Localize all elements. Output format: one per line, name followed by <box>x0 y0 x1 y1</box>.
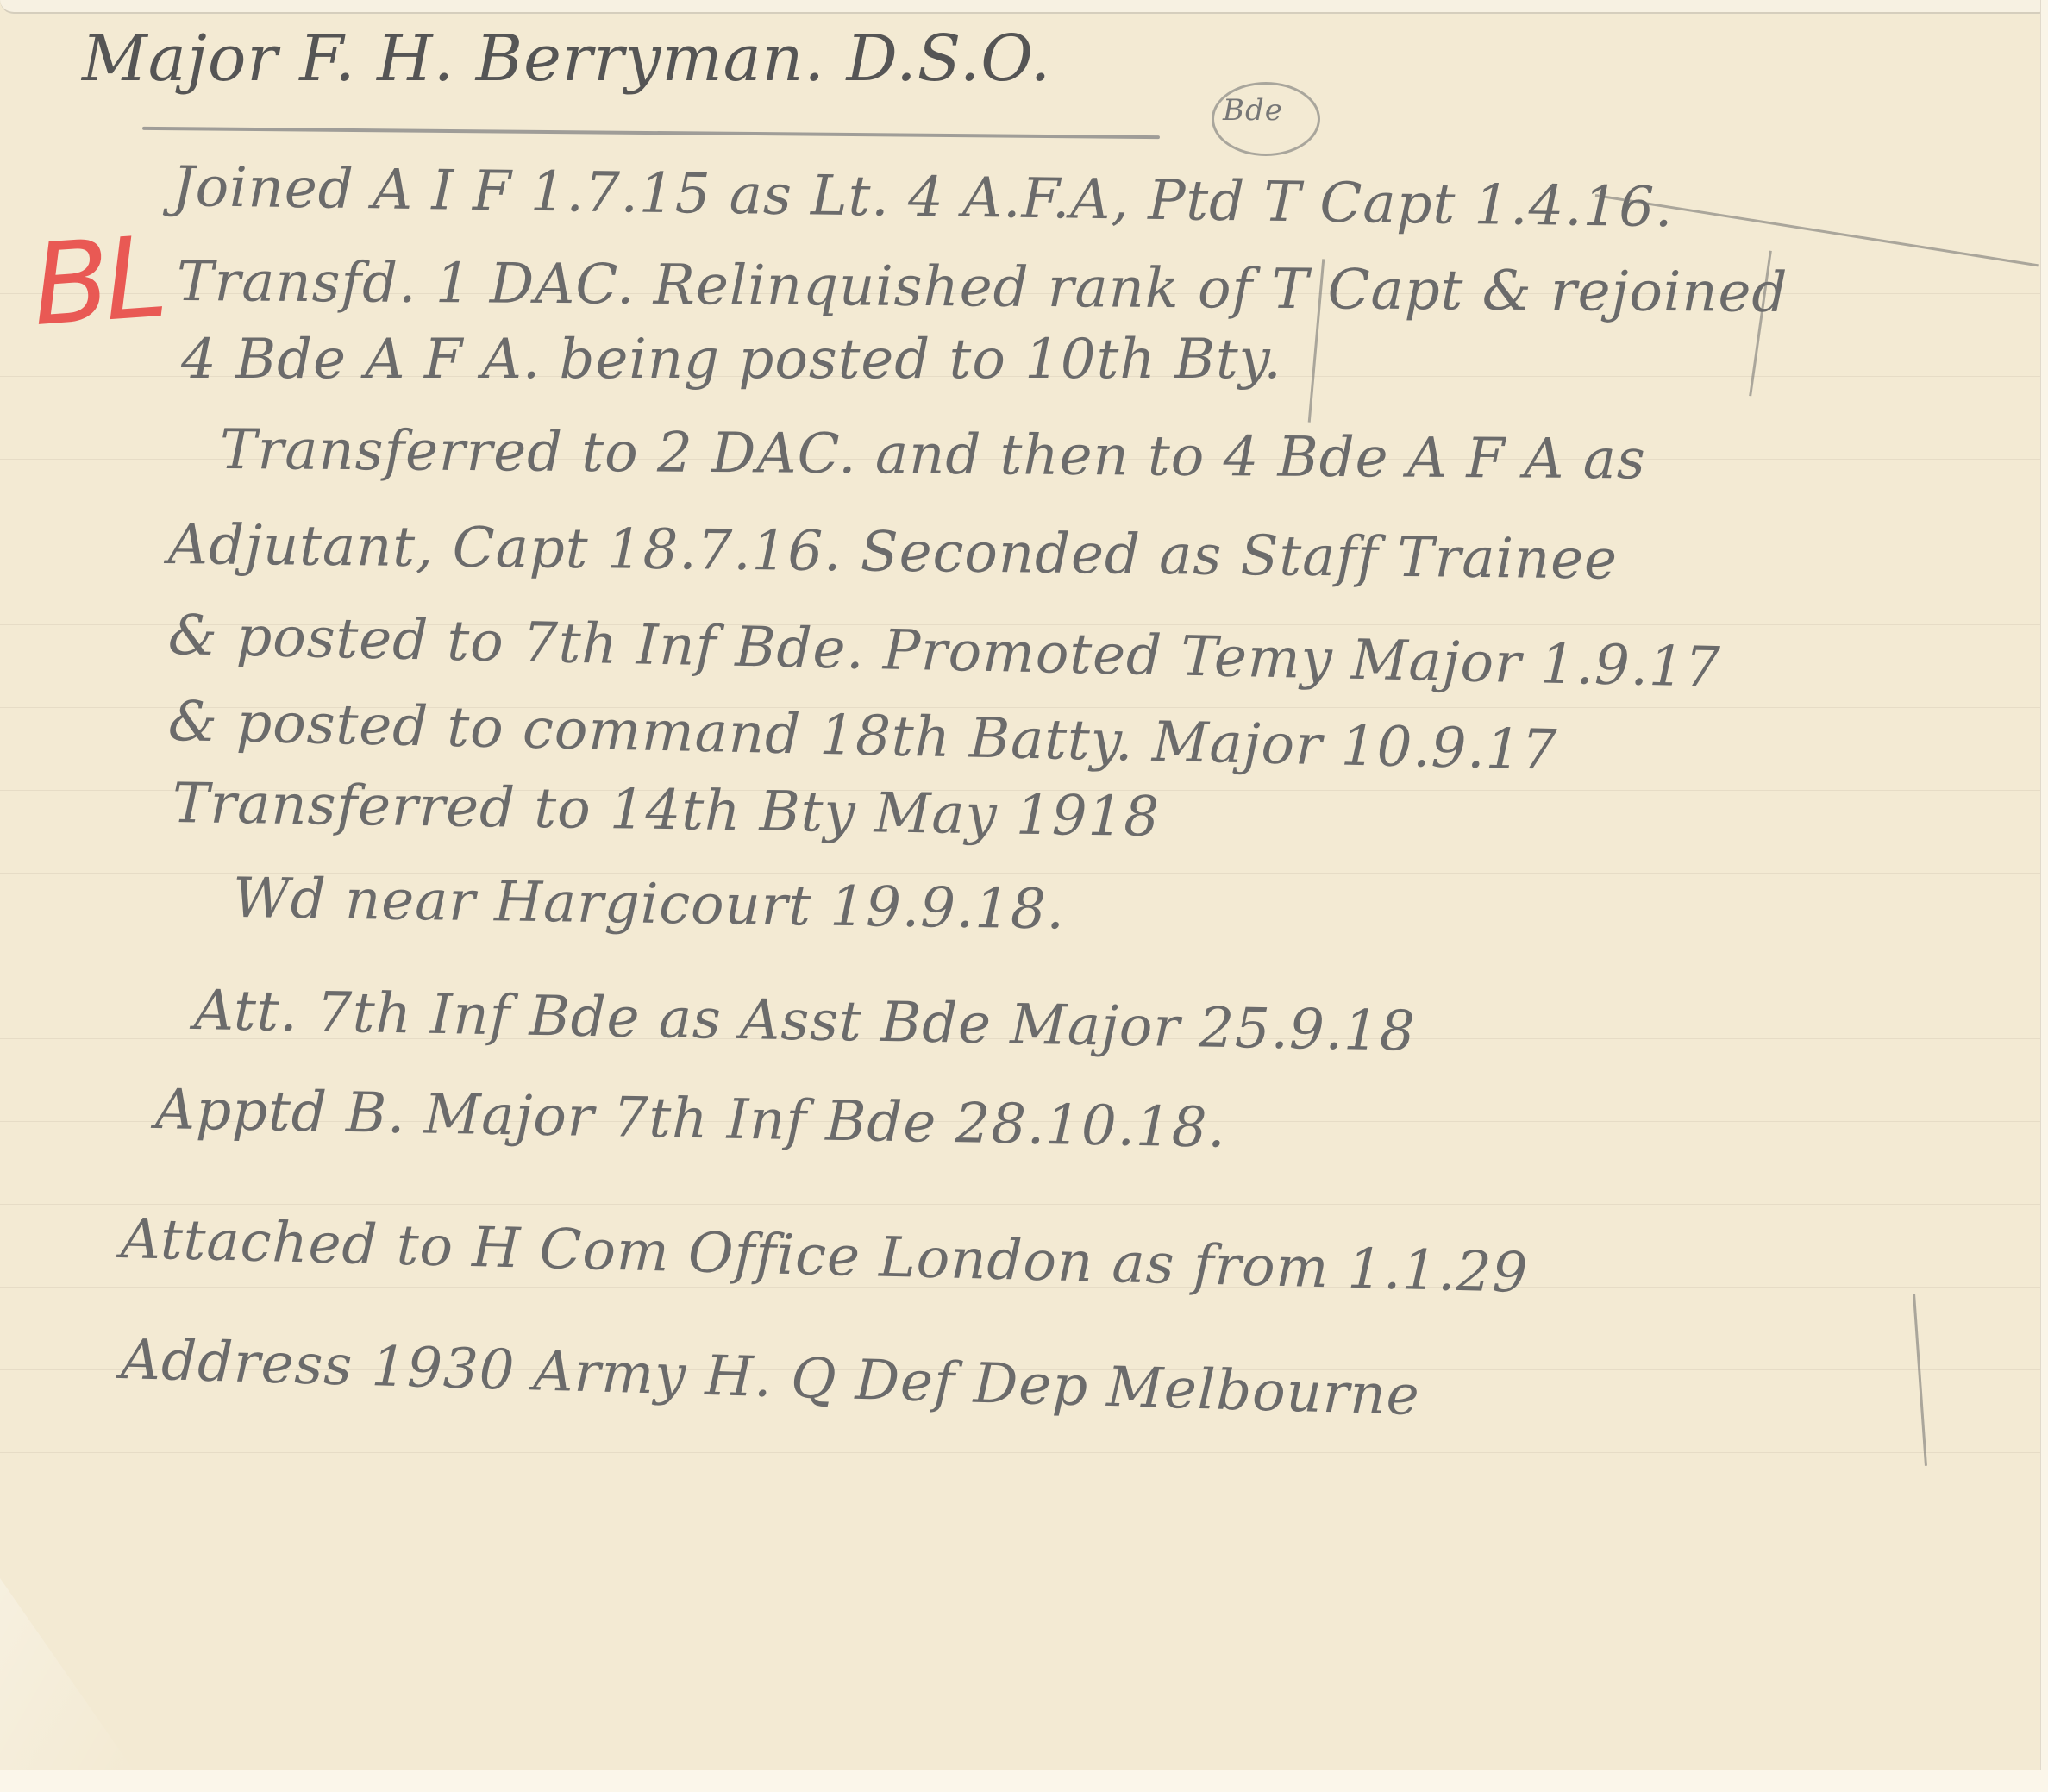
record-line-9: Wd near Hargicourt 19.9.18. <box>232 867 1065 942</box>
record-line-5: Adjutant, Capt 18.7.16. Seconded as Staf… <box>168 513 1619 592</box>
record-line-11: Apptd B. Major 7th Inf Bde 28.10.18. <box>154 1078 1226 1161</box>
document-page: BL Major F. H. Berryman. D.S.O. Bde Join… <box>0 0 2048 1792</box>
pencil-stroke <box>1913 1294 1927 1466</box>
record-line-4: Transferred to 2 DAC. and then to 4 Bde … <box>220 418 1646 492</box>
insertion-bde: Bde <box>1223 93 1283 128</box>
record-line-12: Attached to H Com Office London as from … <box>120 1207 1529 1306</box>
title-underline <box>142 127 1160 139</box>
record-line-6: & posted to 7th Inf Bde. Promoted Temy M… <box>167 604 1721 700</box>
document-title: Major F. H. Berryman. D.S.O. <box>82 22 1051 96</box>
record-line-8: Transferred to 14th Bty May 1918 <box>172 772 1160 849</box>
ruled-line <box>0 1452 2048 1453</box>
record-line-3: 4 Bde A F A. being posted to 10th Bty. <box>181 328 1282 392</box>
paper-right-edge <box>2040 0 2048 1792</box>
record-line-7: & posted to command 18th Batty. Major 10… <box>167 690 1558 783</box>
paper-bottom-edge <box>0 1770 2048 1792</box>
record-line-2: Transfd. 1 DAC. Relinquished rank of T C… <box>177 250 1788 325</box>
record-line-1: Joined A I F 1.7.15 as Lt. 4 A.F.A, Ptd … <box>172 155 1674 240</box>
paper-top-edge <box>0 0 2048 14</box>
margin-mark-bl: BL <box>28 211 166 351</box>
paper-fold <box>0 1578 138 1776</box>
record-line-10: Att. 7th Inf Bde as Asst Bde Major 25.9.… <box>193 979 1416 1064</box>
record-line-13: Address 1930 Army H. Q Def Dep Melbourne <box>120 1328 1421 1428</box>
ruled-line <box>0 956 2048 956</box>
ruled-line <box>0 1204 2048 1205</box>
